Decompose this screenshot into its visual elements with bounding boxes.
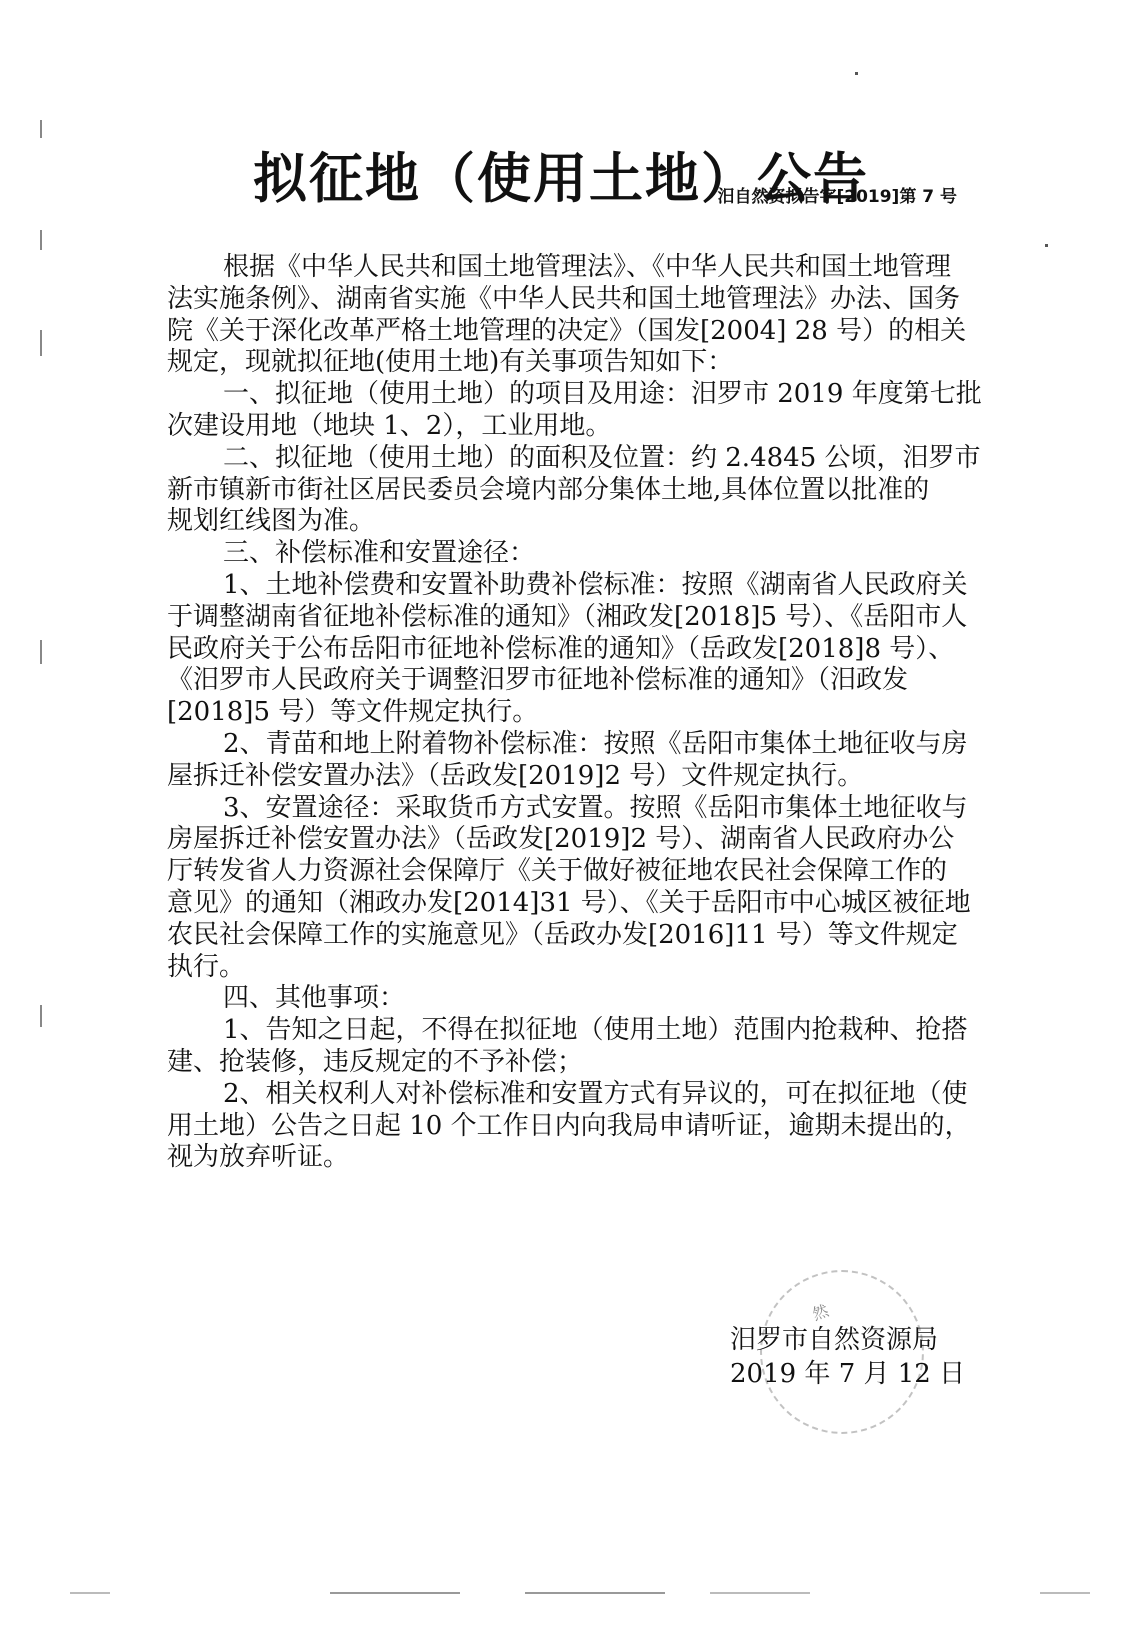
body-line: 于调整湖南省征地补偿标准的通知》（湘政发[2018]5 号）、《岳阳市人: [167, 602, 1017, 634]
document-body: 根据《中华人民共和国土地管理法》、《中华人民共和国土地管理 法实施条例》、湖南省…: [167, 252, 1017, 1174]
body-line: 建、抢装修，违反规定的不予补偿；: [167, 1047, 1017, 1079]
scan-artifact-line: [1040, 1592, 1090, 1594]
scan-artifact-line: [710, 1592, 810, 1594]
body-line: 规划红线图为准。: [167, 506, 1017, 538]
body-line: 法实施条例》、湖南省实施《中华人民共和国土地管理法》办法、国务: [167, 284, 1017, 316]
signature-block: 汨罗市自然资源局 2019 年 7 月 12 日: [730, 1323, 965, 1391]
section-2-heading-line: 二、拟征地（使用土地）的面积及位置：约 2.4845 公顷，汨罗市: [167, 443, 1017, 475]
section-1-heading-line: 一、拟征地（使用土地）的项目及用途：汨罗市 2019 年度第七批: [167, 379, 1017, 411]
scan-artifact-line: [70, 1592, 110, 1594]
scan-margin-mark: [40, 230, 42, 250]
body-line: 意见》的通知（湘政办发[2014]31 号）、《关于岳阳市中心城区被征地: [167, 888, 1017, 920]
body-line: 根据《中华人民共和国土地管理法》、《中华人民共和国土地管理: [167, 252, 1017, 284]
scan-speck: [1045, 244, 1048, 247]
body-line: 次建设用地（地块 1、2），工业用地。: [167, 411, 1017, 443]
body-line: 《汨罗市人民政府关于调整汨罗市征地补偿标准的通知》（汨政发: [167, 665, 1017, 697]
issue-date: 2019 年 7 月 12 日: [730, 1357, 965, 1391]
scan-speck: [855, 72, 858, 75]
scan-margin-mark: [40, 330, 42, 356]
scan-margin-mark: [40, 640, 42, 664]
body-line: 院《关于深化改革严格土地管理的决定》（国发[2004] 28 号）的相关: [167, 316, 1017, 348]
document-number: 汨自然资拟告字[2019]第 7 号: [717, 182, 957, 207]
body-line: 规定，现就拟征地(使用土地)有关事项告知如下：: [167, 347, 1017, 379]
body-line: 厅转发省人力资源社会保障厅《关于做好被征地农民社会保障工作的: [167, 856, 1017, 888]
body-line: 民政府关于公布岳阳市征地补偿标准的通知》（岳政发[2018]8 号）、: [167, 634, 1017, 666]
section-4-heading: 四、其他事项：: [167, 983, 1017, 1015]
body-line: 2、相关权利人对补偿标准和安置方式有异议的，可在拟征地（使: [167, 1079, 1017, 1111]
body-line: 视为放弃听证。: [167, 1142, 1017, 1174]
body-line: 3、安置途径：采取货币方式安置。按照《岳阳市集体土地征收与: [167, 793, 1017, 825]
issuer-name: 汨罗市自然资源局: [730, 1323, 965, 1357]
body-line: 屋拆迁补偿安置办法》（岳政发[2019]2 号）文件规定执行。: [167, 761, 1017, 793]
scan-margin-mark: [40, 1005, 42, 1027]
body-line: 2、青苗和地上附着物补偿标准：按照《岳阳市集体土地征收与房: [167, 729, 1017, 761]
body-line: 房屋拆迁补偿安置办法》（岳政发[2019]2 号）、湖南省人民政府办公: [167, 824, 1017, 856]
scan-artifact-line: [525, 1592, 665, 1594]
body-line: 新市镇新市街社区居民委员会境内部分集体土地,具体位置以批准的: [167, 475, 1017, 507]
body-line: 执行。: [167, 952, 1017, 984]
section-3-heading: 三、补偿标准和安置途径：: [167, 538, 1017, 570]
body-line: 用土地）公告之日起 10 个工作日内向我局申请听证，逾期未提出的，: [167, 1111, 1017, 1143]
body-line: [2018]5 号）等文件规定执行。: [167, 697, 1017, 729]
body-line: 1、告知之日起，不得在拟征地（使用土地）范围内抢栽种、抢搭: [167, 1015, 1017, 1047]
body-line: 农民社会保障工作的实施意见》（岳政办发[2016]11 号）等文件规定: [167, 920, 1017, 952]
scanned-document-page: 拟征地（使用土地）公告 汨自然资拟告字[2019]第 7 号 根据《中华人民共和…: [0, 0, 1122, 1632]
scan-artifact-line: [330, 1592, 460, 1594]
body-line: 1、土地补偿费和安置补助费补偿标准：按照《湖南省人民政府关: [167, 570, 1017, 602]
